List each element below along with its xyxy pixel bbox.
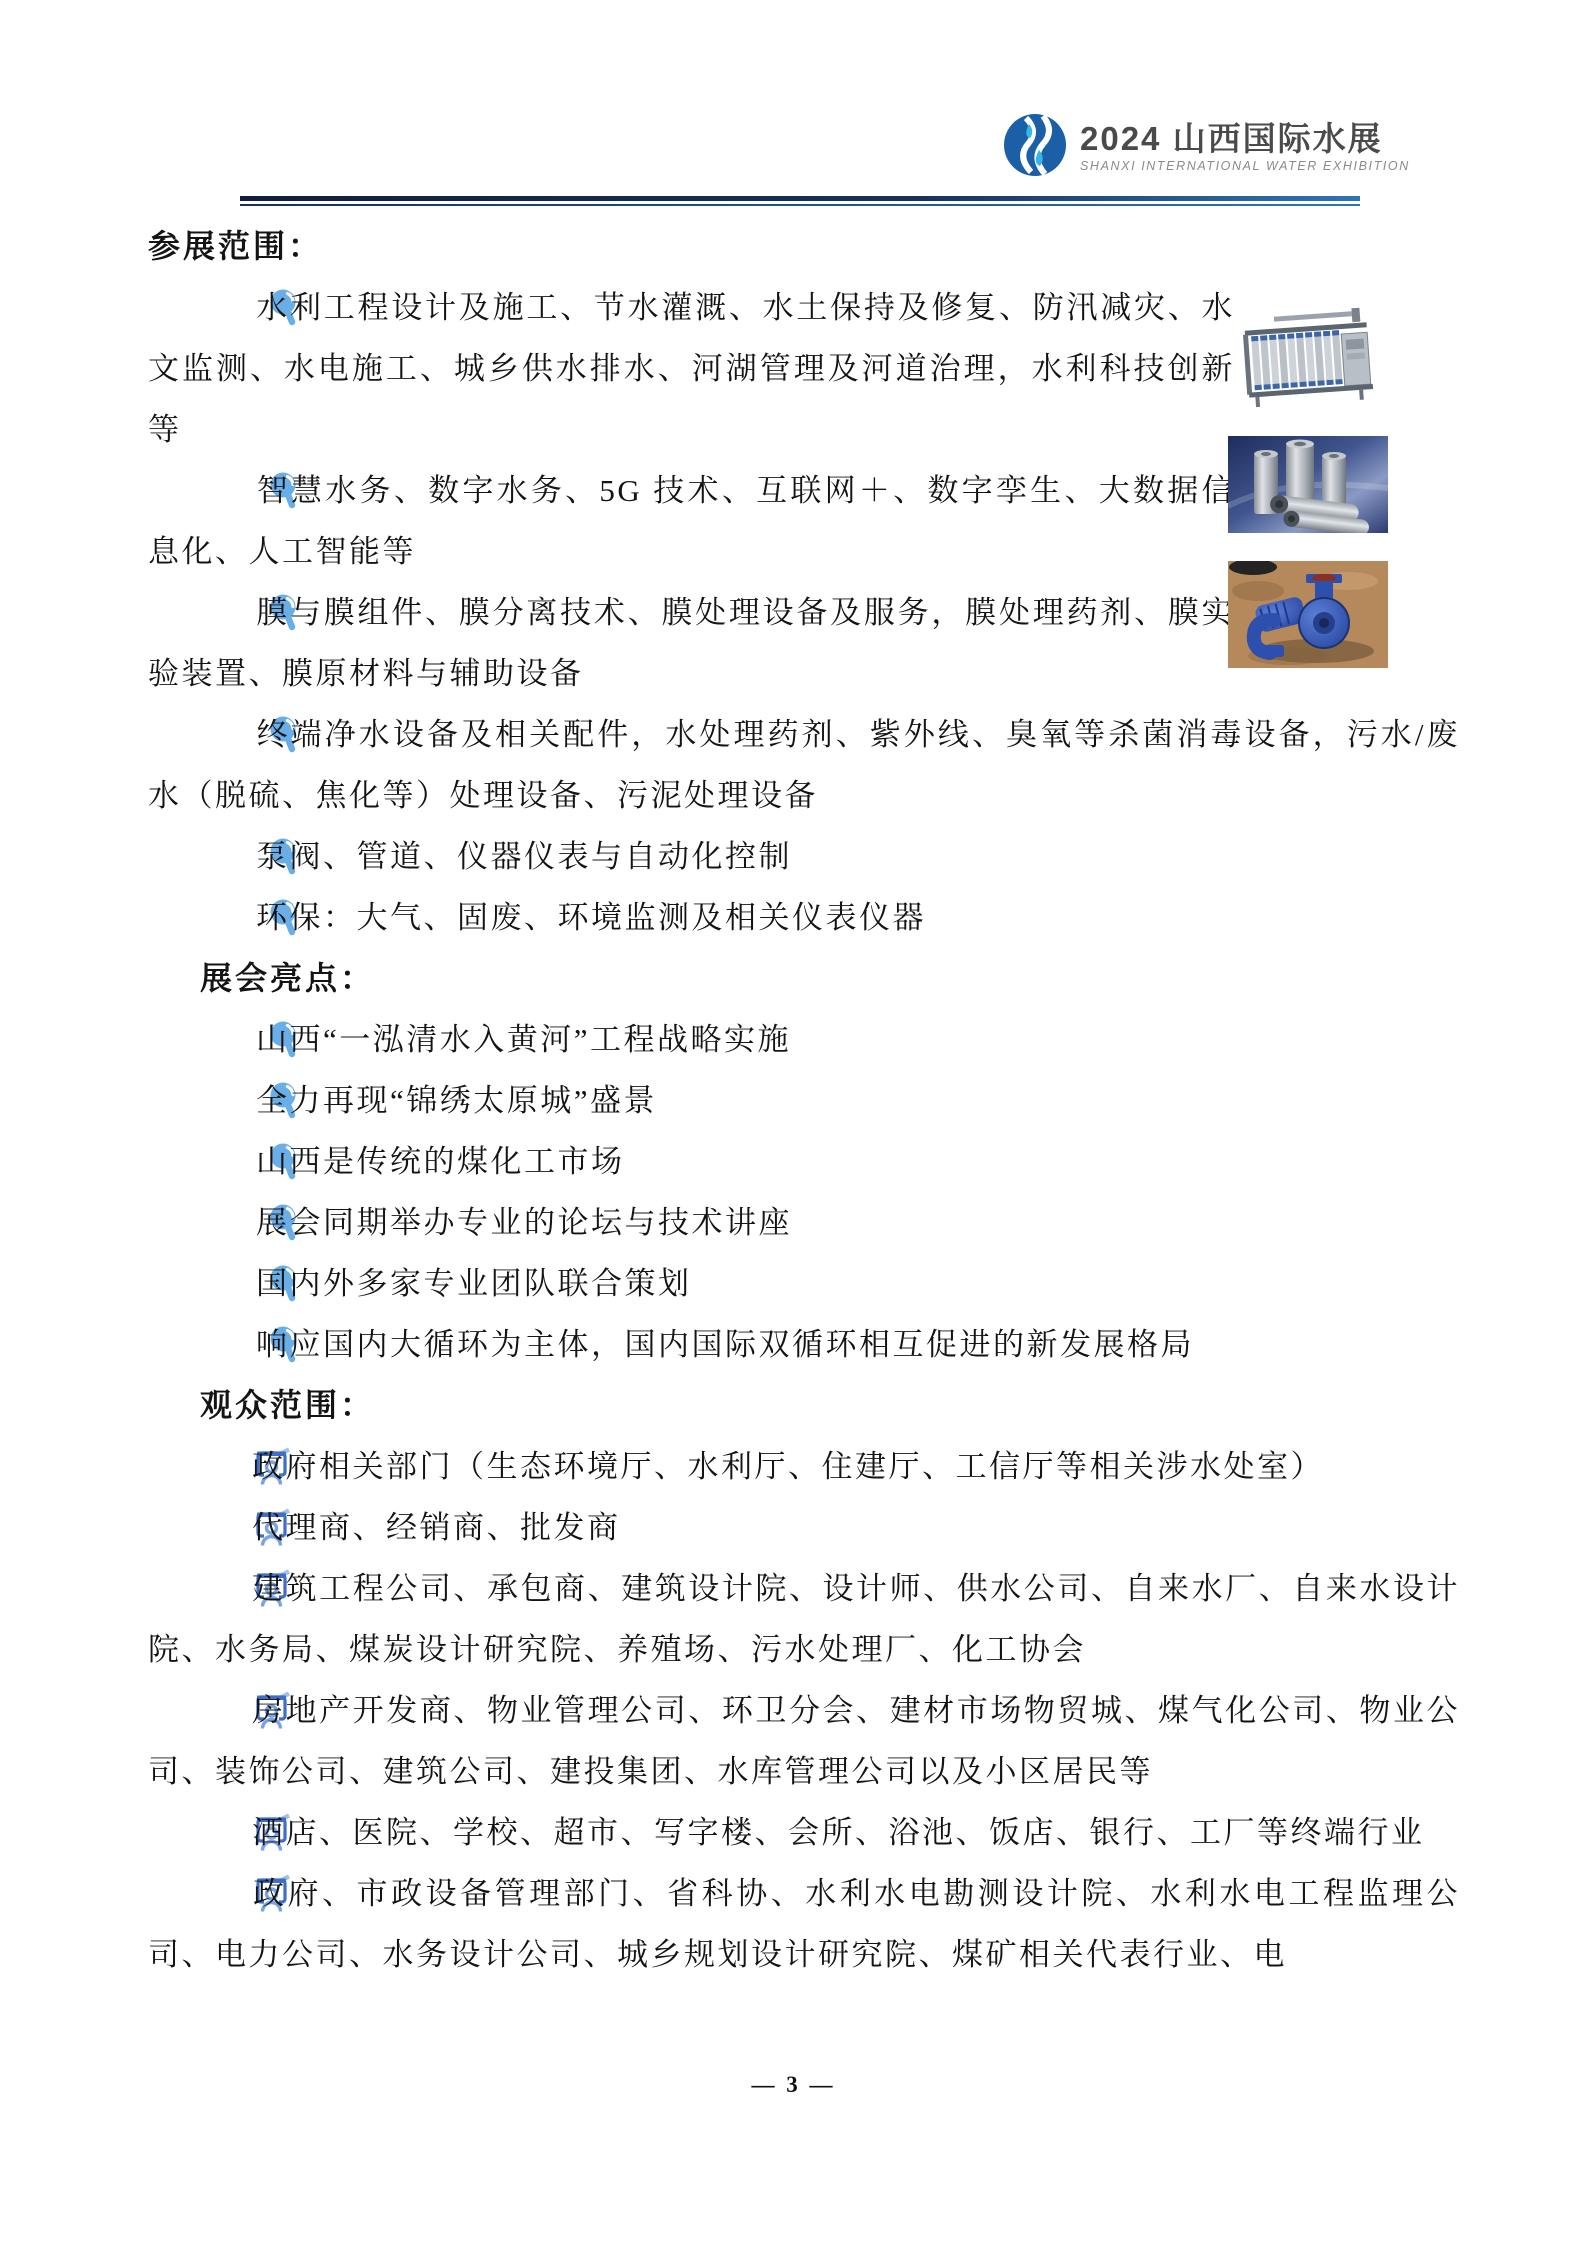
- list-item-text: 环保：大气、固废、环境监测及相关仪表仪器: [256, 900, 926, 935]
- magnifier-icon: [208, 468, 242, 506]
- magnifier-icon: [208, 834, 242, 872]
- list-item: 全力再现“锦绣太原城”盛景: [148, 1070, 1460, 1131]
- list-item: 展会同期举办专业的论坛与技术讲座: [148, 1192, 1460, 1253]
- list-item-text: 政府相关部门（生态环境厅、水利厅、住建厅、工信厅等相关涉水处室）: [252, 1449, 1324, 1484]
- audience-icon: [200, 1506, 240, 1546]
- list-item-text: 全力再现“锦绣太原城”盛景: [256, 1083, 657, 1118]
- header-logo: 2024 山西国际水展 SHANXI INTERNATIONAL WATER E…: [1002, 112, 1410, 183]
- list-item: 环保：大气、固废、环境监测及相关仪表仪器: [148, 887, 1460, 948]
- list-item-text: 展会同期举办专业的论坛与技术讲座: [256, 1205, 792, 1240]
- section-heading-highlights: 展会亮点：: [200, 948, 1460, 1009]
- section-heading-audience: 观众范围：: [200, 1375, 1460, 1436]
- header-rule-thick: [240, 196, 1360, 201]
- section-heading-exhibit-scope: 参展范围：: [148, 216, 1460, 277]
- magnifier-icon: [208, 1200, 242, 1238]
- magnifier-icon: [208, 1261, 242, 1299]
- header-rule-thin: [240, 204, 1360, 206]
- audience-icon: [200, 1567, 240, 1607]
- page-number: — 3 —: [0, 2072, 1587, 2098]
- list-item-text: 泵阀、管道、仪器仪表与自动化控制: [256, 839, 792, 874]
- list-item-text: 房地产开发商、物业管理公司、环卫分会、建材市场物贸城、煤气化公司、物业公司、装饰…: [148, 1693, 1460, 1789]
- list-item-text: 智慧水务、数字水务、5G 技术、互联网＋、数字孪生、大数据信息化、人工智能等: [148, 473, 1235, 569]
- list-item: 山西“一泓清水入黄河”工程战略实施: [148, 1009, 1460, 1070]
- list-item: 国内外多家专业团队联合策划: [148, 1253, 1460, 1314]
- list-item-text: 政府、市政设备管理部门、省科协、水利水电勘测设计院、水利水电工程监理公司、电力公…: [148, 1876, 1460, 1972]
- list-item-text: 代理商、经销商、批发商: [252, 1510, 621, 1545]
- exhibition-subtitle: SHANXI INTERNATIONAL WATER EXHIBITION: [1080, 160, 1410, 173]
- magnifier-icon: [208, 1078, 242, 1116]
- audience-icon: [200, 1872, 240, 1912]
- magnifier-icon: [208, 1322, 242, 1360]
- membrane-housings-photo: [1228, 436, 1388, 533]
- list-item: 政府相关部门（生态环境厅、水利厅、住建厅、工信厅等相关涉水处室）: [148, 1436, 1460, 1497]
- list-item: 山西是传统的煤化工市场: [148, 1131, 1460, 1192]
- list-item: 响应国内大循环为主体，国内国际双循环相互促进的新发展格局: [148, 1314, 1460, 1375]
- exhibition-title: 2024 山西国际水展: [1080, 122, 1410, 157]
- list-item: 泵阀、管道、仪器仪表与自动化控制: [148, 826, 1460, 887]
- audience-icon: [200, 1445, 240, 1485]
- list-item-text: 山西“一泓清水入黄河”工程战略实施: [256, 1022, 791, 1057]
- centrifugal-pump-photo: [1228, 561, 1388, 668]
- audience-icon: [200, 1689, 240, 1729]
- document-page: 2024 山西国际水展 SHANXI INTERNATIONAL WATER E…: [0, 0, 1587, 2245]
- list-item-text: 响应国内大循环为主体，国内国际双循环相互促进的新发展格局: [256, 1327, 1194, 1362]
- list-item: 代理商、经销商、批发商: [148, 1497, 1460, 1558]
- list-item: 房地产开发商、物业管理公司、环卫分会、建材市场物贸城、煤气化公司、物业公司、装饰…: [148, 1680, 1460, 1802]
- water-waves-logo-icon: [1002, 112, 1068, 183]
- list-item-text: 终端净水设备及相关配件，水处理药剂、紫外线、臭氧等杀菌消毒设备，污水/废水（脱硫…: [148, 717, 1460, 813]
- list-item: 酒店、医院、学校、超市、写字楼、会所、浴池、饭店、银行、工厂等终端行业: [148, 1802, 1460, 1863]
- list-item: 终端净水设备及相关配件，水处理药剂、紫外线、臭氧等杀菌消毒设备，污水/废水（脱硫…: [148, 704, 1460, 826]
- list-item: 建筑工程公司、承包商、建筑设计院、设计师、供水公司、自来水厂、自来水设计院、水务…: [148, 1558, 1460, 1680]
- magnifier-icon: [208, 1017, 242, 1055]
- list-item-text: 膜与膜组件、膜分离技术、膜处理设备及服务，膜处理药剂、膜实验装置、膜原材料与辅助…: [148, 595, 1235, 691]
- membrane-filtration-unit-photo: [1237, 306, 1392, 412]
- audience-icon: [200, 1811, 240, 1851]
- magnifier-icon: [208, 895, 242, 933]
- list-item-text: 酒店、医院、学校、超市、写字楼、会所、浴池、饭店、银行、工厂等终端行业: [252, 1815, 1425, 1850]
- list-item-text: 建筑工程公司、承包商、建筑设计院、设计师、供水公司、自来水厂、自来水设计院、水务…: [148, 1571, 1460, 1667]
- magnifier-icon: [208, 285, 242, 323]
- list-item-text: 山西是传统的煤化工市场: [256, 1144, 625, 1179]
- magnifier-icon: [208, 712, 242, 750]
- list-item: 政府、市政设备管理部门、省科协、水利水电勘测设计院、水利水电工程监理公司、电力公…: [148, 1863, 1460, 1985]
- magnifier-icon: [208, 590, 242, 628]
- magnifier-icon: [208, 1139, 242, 1177]
- list-item-text: 水利工程设计及施工、节水灌溉、水土保持及修复、防汛减灾、水文监测、水电施工、城乡…: [148, 290, 1235, 447]
- list-item-text: 国内外多家专业团队联合策划: [256, 1266, 692, 1301]
